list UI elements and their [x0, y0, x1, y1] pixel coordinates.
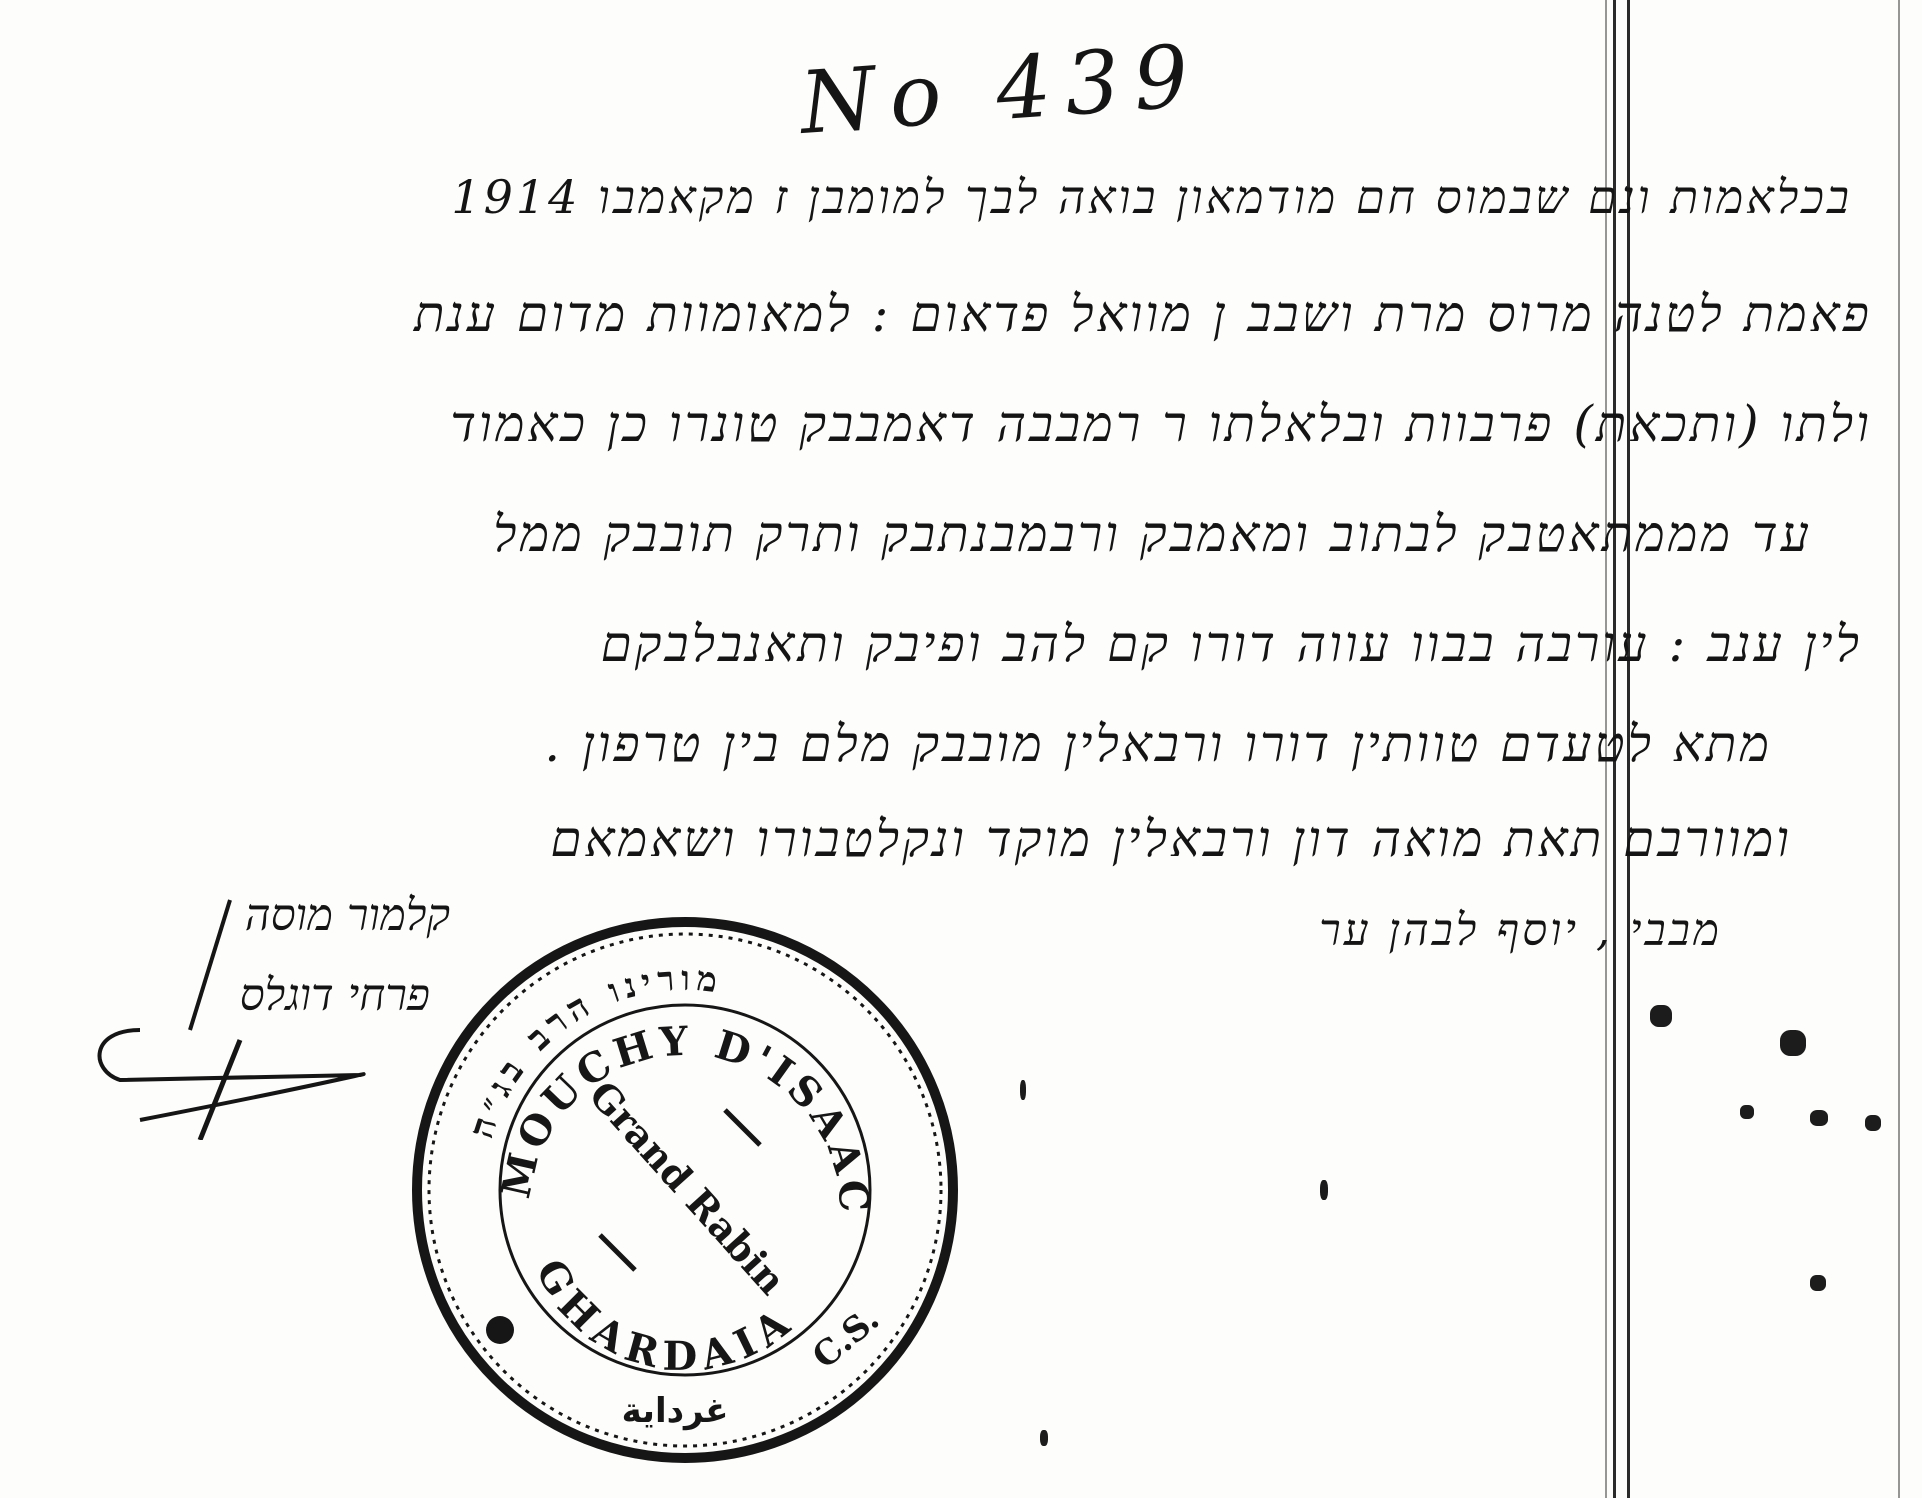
letter-line-8: מבבי , יוסף לבהן ער [1319, 905, 1722, 956]
scan-speck [1020, 1080, 1026, 1100]
scan-speck [1810, 1275, 1826, 1291]
scan-speck [1810, 1110, 1828, 1126]
scan-speck [1320, 1180, 1328, 1200]
scanned-letter-page: No 439 בכלאמות ונם שבמוס חם מודמאון בואה… [0, 0, 1922, 1498]
letter-line-5: לין ענב : עורבה בבוו עווה דורו קם להב ופ… [601, 615, 1862, 673]
letter-line-2: פאמת לטנה מרוס מרת ושבב ן מוואל פדאום : … [414, 285, 1872, 343]
scan-speck [1040, 1430, 1048, 1446]
reference-number: No 439 [797, 26, 1206, 154]
letter-line-1: בכלאמות ונם שבמוס חם מודמאון בואה לבך למ… [451, 170, 1852, 224]
stamp-title: Grand Rabin [580, 1072, 794, 1303]
letter-line-4: עד מממתאטבק לבתוב ומאמבק ורבמבנתבק ותרק … [493, 505, 1812, 563]
scan-speck [1865, 1115, 1881, 1131]
letter-line-6: מתא לטעדם טוותין דורו ורבאלין מובבק מלם … [544, 715, 1772, 773]
stamp-mark: C.S. [805, 1299, 887, 1377]
margin-rule-outer [1898, 0, 1900, 1498]
letter-line-3: ולתו (ותכאת) פרבוות ובלאלתו ר רמבבה דאמב… [450, 395, 1872, 453]
signature-flourish [80, 880, 460, 1140]
stamp-arabic: غرداية [622, 1391, 729, 1431]
scan-speck [1650, 1005, 1672, 1027]
letter-line-7: ומוורבם תאת מואה דון ורבאלין מוקד ונקלטב… [550, 810, 1792, 868]
rabbi-seal-stamp: מורינו הרב בג״ה MOUCHY D'ISAAC SELLAM GH… [405, 910, 965, 1470]
scan-speck [1780, 1030, 1806, 1056]
signature-block: קלמור מוסה פרחי דוגלס [80, 880, 460, 1140]
scan-speck [1740, 1105, 1754, 1119]
